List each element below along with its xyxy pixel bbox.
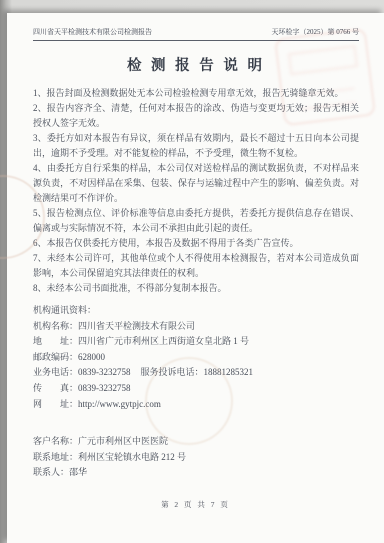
faint-circular-stamp-middle: [145, 357, 233, 445]
contact-label: 业务电话：: [33, 367, 78, 377]
customer-value: 邵华: [69, 467, 87, 477]
contact-heading: 机构通讯资料：: [33, 303, 359, 319]
contact-value: 四川省天平检测技术有限公司: [78, 321, 195, 331]
note-item-8: 8、未经本公司书面批准，不得部分复制本报告。: [33, 281, 359, 296]
note-item-7: 7、未经本公司许可，其他单位或个人不得使用本检测报告，若对本公司造成负面影响，本…: [33, 251, 359, 281]
note-item-5: 5、报告检测点位、评价标准等信息由委托方提供，若委托方提供信息存在错误、偏离或与…: [33, 206, 359, 236]
customer-value: 广元市利州区中医医院: [78, 436, 168, 446]
red-seal-stamp-fragment: [274, 28, 376, 127]
contact-label: 邮政编码：: [33, 352, 78, 362]
contact-value: 0839-3232758: [78, 383, 131, 393]
contact-row-address: 地 址：四川省广元市利州区上西街道女皇北路 1 号: [33, 334, 359, 350]
report-page: 四川省天平检测技术有限公司检测报告 天环检字（2025）第 0766 号 检 测…: [7, 13, 384, 543]
note-item-3: 3、委托方如对本报告有异议，须在样品有效期内，最长不超过十五日向本公司提出，逾期…: [33, 131, 359, 161]
customer-label: 联系人：: [33, 467, 69, 477]
customer-row-address: 联系地址：利州区宝轮镇水电路 212 号: [33, 450, 359, 466]
note-item-4: 4、由委托方自行采集的样品，本公司仅对送检样品的测试数据负责，不对样品来源负责，…: [33, 161, 359, 206]
customer-label: 客户名称：: [33, 436, 78, 446]
customer-value: 利州区宝轮镇水电路 212 号: [78, 452, 186, 462]
contact-row-name: 机构名称：四川省天平检测技术有限公司: [33, 319, 359, 335]
contact-value: 四川省广元市利州区上西街道女皇北路 1 号: [78, 336, 249, 346]
customer-label: 联系地址：: [33, 452, 78, 462]
customer-row-contact-person: 联系人：邵华: [33, 465, 359, 481]
contact-label: 传 真：: [33, 383, 78, 393]
contact-label: 机构名称：: [33, 321, 78, 331]
contact-value: 0839-3232758: [78, 367, 131, 377]
page-number-footer: 第 2 页 共 7 页: [7, 499, 384, 510]
contact-value: 628000: [78, 352, 105, 362]
contact-label: 网 址：: [33, 399, 78, 409]
header-company-title: 四川省天平检测技术有限公司检测报告: [33, 27, 152, 37]
contact-label: 地 址：: [33, 336, 78, 346]
note-item-6: 6、本报告仅供委托方使用，本报告及数据不得用于各类广告宣传。: [33, 236, 359, 251]
